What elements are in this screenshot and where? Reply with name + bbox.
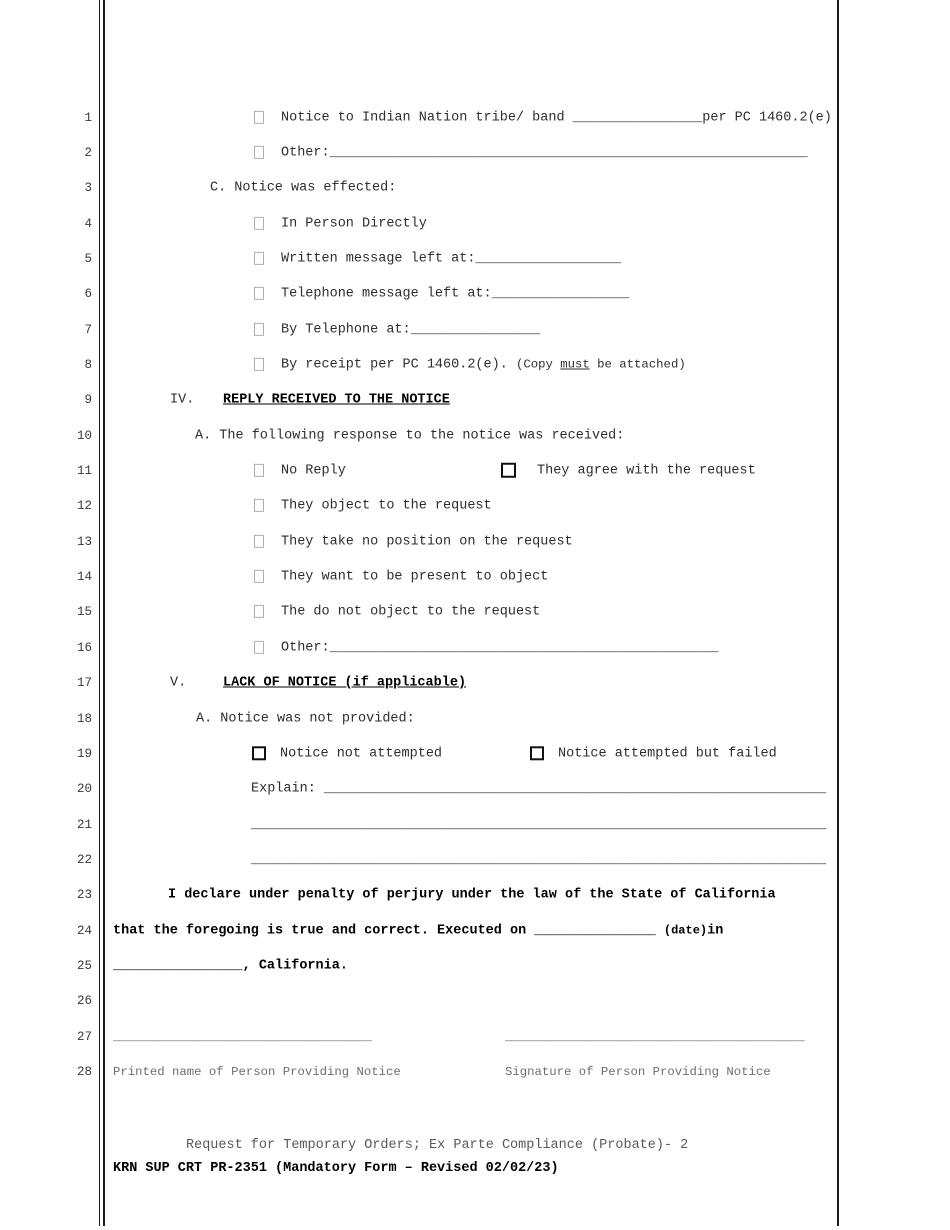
checkbox-other-response[interactable] bbox=[254, 641, 264, 654]
line-number: 9 bbox=[0, 393, 92, 407]
line-number: 1 bbox=[0, 111, 92, 125]
perjury-declaration: I declare under penalty of perjury under… bbox=[168, 888, 776, 903]
line-number: 27 bbox=[0, 1030, 92, 1044]
executed-location-field: ________________, California. bbox=[113, 958, 348, 973]
line-16: 16 Other:_______________________________… bbox=[0, 630, 950, 665]
signature-caption: Signature of Person Providing Notice bbox=[505, 1065, 771, 1079]
line-23: 23 I declare under penalty of perjury un… bbox=[0, 878, 950, 913]
checkbox-do-not-object[interactable] bbox=[254, 605, 264, 618]
explain-field: Explain: _______________________________… bbox=[251, 782, 826, 797]
checkbox-present-to-object[interactable] bbox=[254, 570, 264, 583]
line-10: 10 A. The following response to the noti… bbox=[0, 418, 950, 453]
line-number: 18 bbox=[0, 712, 92, 726]
label: By receipt per PC 1460.2(e). (Copy must … bbox=[281, 358, 686, 373]
checkbox-notice-not-attempted[interactable] bbox=[252, 746, 266, 760]
line-15: 15 The do not object to the request bbox=[0, 595, 950, 630]
footer-form-id: KRN SUP CRT PR-2351 (Mandatory Form – Re… bbox=[113, 1161, 559, 1176]
checkbox-notice-attempted-failed[interactable] bbox=[530, 746, 544, 760]
line-27: 27 ________________________________ ____… bbox=[0, 1019, 950, 1054]
line-number: 2 bbox=[0, 146, 92, 160]
line-number: 5 bbox=[0, 252, 92, 266]
line-17: 17 V. LACK OF NOTICE (if applicable) bbox=[0, 666, 950, 701]
printed-name-signature-line: ________________________________ bbox=[113, 1029, 372, 1044]
section-iv-heading: REPLY RECEIVED TO THE NOTICE bbox=[223, 393, 450, 408]
checkbox-by-receipt[interactable] bbox=[254, 358, 264, 371]
line-12: 12 They object to the request bbox=[0, 489, 950, 524]
label: Other:__________________________________… bbox=[281, 640, 718, 655]
line-20: 20 Explain: ____________________________… bbox=[0, 772, 950, 807]
line-number: 20 bbox=[0, 782, 92, 796]
checkbox-other-notice[interactable] bbox=[254, 146, 264, 159]
line-24: 24 that the foregoing is true and correc… bbox=[0, 913, 950, 948]
line-number: 8 bbox=[0, 358, 92, 372]
label: The do not object to the request bbox=[281, 605, 540, 620]
line-number: 4 bbox=[0, 217, 92, 231]
line-5: 5 Written message left at:______________… bbox=[0, 241, 950, 276]
line-number: 13 bbox=[0, 535, 92, 549]
in-text: in bbox=[707, 923, 723, 938]
line-number: 15 bbox=[0, 605, 92, 619]
checkbox-notice-indian-nation[interactable] bbox=[254, 111, 264, 124]
explain-blank-line: ________________________________________… bbox=[251, 817, 826, 832]
label: Notice to Indian Nation tribe/ band ____… bbox=[281, 110, 832, 125]
checkbox-in-person[interactable] bbox=[254, 217, 264, 230]
line-1: 1 Notice to Indian Nation tribe/ band __… bbox=[0, 100, 950, 135]
section-c-label: C. Notice was effected: bbox=[210, 181, 396, 196]
checkbox-object-to-request[interactable] bbox=[254, 499, 264, 512]
line-number: 11 bbox=[0, 464, 92, 478]
label: They take no position on the request bbox=[281, 534, 573, 549]
line-number: 16 bbox=[0, 641, 92, 655]
label: They object to the request bbox=[281, 499, 492, 514]
section-v-heading: LACK OF NOTICE (if applicable) bbox=[223, 676, 466, 691]
line-number: 10 bbox=[0, 429, 92, 443]
line-number: 12 bbox=[0, 499, 92, 513]
label: By Telephone at:________________ bbox=[281, 322, 540, 337]
line-19: 19 Notice not attempted Notice attempted… bbox=[0, 736, 950, 771]
section-a-label: A. The following response to the notice … bbox=[195, 428, 624, 443]
section-iv-numeral: IV. bbox=[170, 393, 194, 408]
line-number: 14 bbox=[0, 570, 92, 584]
checkbox-agree-with-request[interactable] bbox=[501, 463, 516, 478]
line-9: 9 IV. REPLY RECEIVED TO THE NOTICE bbox=[0, 383, 950, 418]
label-note-must: must bbox=[560, 358, 590, 372]
line-2: 2 Other:________________________________… bbox=[0, 135, 950, 170]
section-a-label: A. Notice was not provided: bbox=[196, 711, 415, 726]
line-number: 24 bbox=[0, 924, 92, 938]
line-21: 21 _____________________________________… bbox=[0, 807, 950, 842]
label: Written message left at:________________… bbox=[281, 252, 621, 267]
line-number: 26 bbox=[0, 994, 92, 1008]
line-18: 18 A. Notice was not provided: bbox=[0, 701, 950, 736]
pleading-body: 1 Notice to Indian Nation tribe/ band __… bbox=[0, 100, 950, 1090]
footer-document-title: Request for Temporary Orders; Ex Parte C… bbox=[186, 1138, 688, 1153]
line-26: 26 bbox=[0, 984, 950, 1019]
line-7: 7 By Telephone at:________________ bbox=[0, 312, 950, 347]
label: In Person Directly bbox=[281, 216, 427, 231]
label: Other:__________________________________… bbox=[281, 146, 808, 161]
line-8: 8 By receipt per PC 1460.2(e). (Copy mus… bbox=[0, 347, 950, 382]
label: Telephone message left at:______________… bbox=[281, 287, 629, 302]
checkbox-no-reply[interactable] bbox=[254, 464, 264, 477]
checkbox-telephone-message[interactable] bbox=[254, 287, 264, 300]
line-6: 6 Telephone message left at:____________… bbox=[0, 277, 950, 312]
label-2: Notice attempted but failed bbox=[558, 746, 777, 761]
line-28: 28 Printed name of Person Providing Noti… bbox=[0, 1054, 950, 1089]
label: They want to be present to object bbox=[281, 570, 548, 585]
checkbox-no-position[interactable] bbox=[254, 535, 264, 548]
section-v-numeral: V. bbox=[170, 676, 186, 691]
label: Notice not attempted bbox=[280, 746, 442, 761]
date-hint-label: (date) bbox=[664, 923, 707, 937]
line-number: 25 bbox=[0, 959, 92, 973]
label: No Reply bbox=[281, 464, 346, 479]
line-22: 22 _____________________________________… bbox=[0, 842, 950, 877]
line-4: 4 In Person Directly bbox=[0, 206, 950, 241]
checkbox-by-telephone[interactable] bbox=[254, 323, 264, 336]
line-number: 19 bbox=[0, 747, 92, 761]
line-number: 3 bbox=[0, 181, 92, 195]
signature-line: _____________________________________ bbox=[505, 1029, 805, 1044]
line-number: 21 bbox=[0, 818, 92, 832]
line-13: 13 They take no position on the request bbox=[0, 524, 950, 559]
line-14: 14 They want to be present to object bbox=[0, 559, 950, 594]
printed-name-caption: Printed name of Person Providing Notice bbox=[113, 1065, 401, 1079]
label-note-pre: (Copy bbox=[516, 358, 560, 372]
executed-on-text: that the foregoing is true and correct. … bbox=[113, 923, 664, 938]
explain-blank-line: ________________________________________… bbox=[251, 852, 826, 867]
line-number: 22 bbox=[0, 853, 92, 867]
line-number: 28 bbox=[0, 1065, 92, 1079]
checkbox-written-message[interactable] bbox=[254, 252, 264, 265]
label-2: They agree with the request bbox=[537, 464, 756, 479]
line-number: 6 bbox=[0, 287, 92, 301]
line-number: 7 bbox=[0, 323, 92, 337]
line-number: 23 bbox=[0, 888, 92, 902]
line-3: 3 C. Notice was effected: bbox=[0, 171, 950, 206]
line-11: 11 No Reply They agree with the request bbox=[0, 453, 950, 488]
line-25: 25 ________________, California. bbox=[0, 948, 950, 983]
label-main: By receipt per PC 1460.2(e). bbox=[281, 358, 516, 373]
perjury-declaration-continued: that the foregoing is true and correct. … bbox=[113, 923, 723, 938]
label-note-post: be attached) bbox=[590, 358, 686, 372]
line-number: 17 bbox=[0, 676, 92, 690]
